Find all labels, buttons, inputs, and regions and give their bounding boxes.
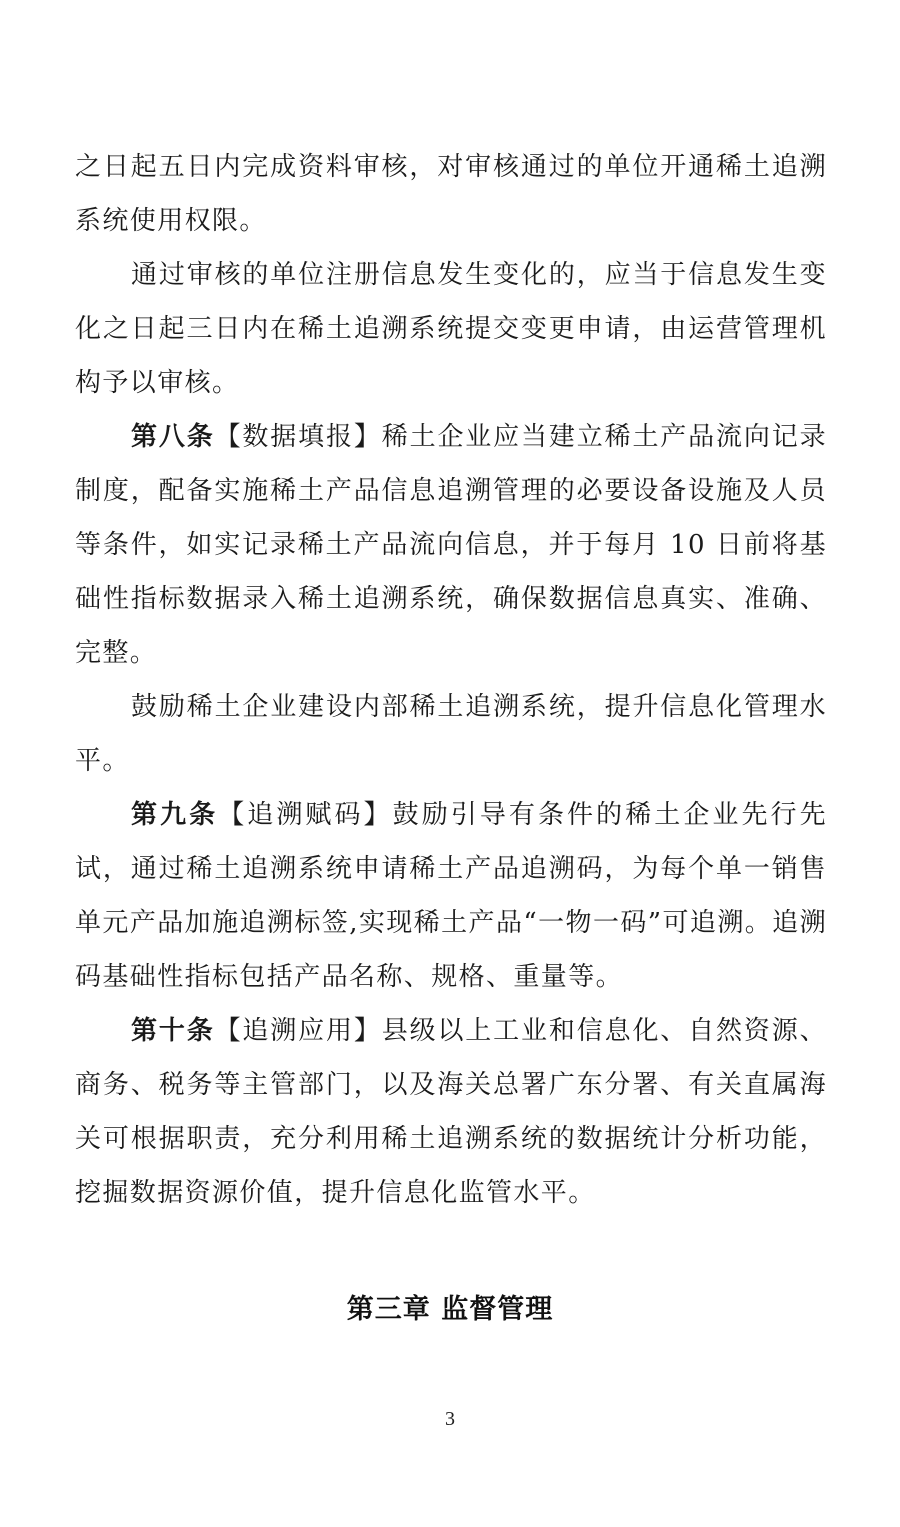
article-number: 第八条 — [131, 422, 215, 452]
article-9-traceability-coding: 第九条【追溯赋码】鼓励引导有条件的稀土企业先行先试，通过稀土追溯系统申请稀土产品… — [75, 788, 827, 1004]
paragraph-internal-system: 鼓励稀土企业建设内部稀土追溯系统，提升信息化管理水平。 — [75, 680, 827, 788]
document-body: 之日起五日内完成资料审核，对审核通过的单位开通稀土追溯系统使用权限。 通过审核的… — [75, 140, 827, 1220]
article-number: 第十条 — [131, 1016, 215, 1046]
article-number: 第九条 — [131, 800, 218, 830]
paragraph-registration-change: 通过审核的单位注册信息发生变化的，应当于信息发生变化之日起三日内在稀土追溯系统提… — [75, 248, 827, 410]
article-subject: 【追溯赋码】 — [218, 800, 392, 830]
article-8-data-reporting: 第八条【数据填报】稀土企业应当建立稀土产品流向记录制度，配备实施稀土产品信息追溯… — [75, 410, 827, 680]
paragraph-text: 稀土企业应当建立稀土产品流向记录制度，配备实施稀土产品信息追溯管理的必要设备设施… — [75, 422, 827, 668]
page-number: 3 — [0, 1408, 900, 1431]
article-subject: 【数据填报】 — [215, 422, 382, 452]
paragraph-text: 鼓励稀土企业建设内部稀土追溯系统，提升信息化管理水平。 — [75, 692, 827, 776]
paragraph-audit-completion: 之日起五日内完成资料审核，对审核通过的单位开通稀土追溯系统使用权限。 — [75, 140, 827, 248]
chapter-heading: 第三章 监督管理 — [0, 1287, 900, 1326]
article-subject: 【追溯应用】 — [215, 1016, 382, 1046]
paragraph-text: 之日起五日内完成资料审核，对审核通过的单位开通稀土追溯系统使用权限。 — [75, 152, 827, 236]
article-10-traceability-application: 第十条【追溯应用】县级以上工业和信息化、自然资源、商务、税务等主管部门，以及海关… — [75, 1004, 827, 1220]
document-page: 之日起五日内完成资料审核，对审核通过的单位开通稀土追溯系统使用权限。 通过审核的… — [0, 0, 900, 1527]
paragraph-text: 通过审核的单位注册信息发生变化的，应当于信息发生变化之日起三日内在稀土追溯系统提… — [75, 260, 827, 398]
